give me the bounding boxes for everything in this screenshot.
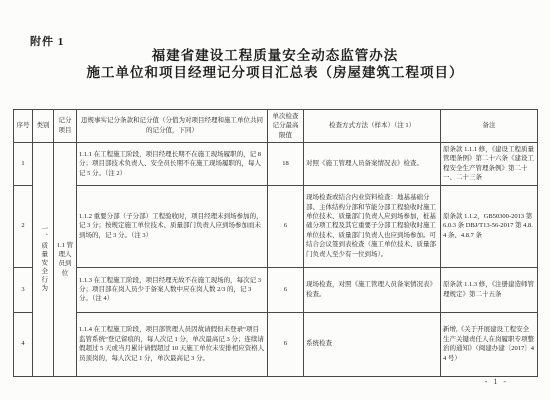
header-category: 类别 — [33, 109, 54, 142]
row3-clause: 1.1.3 在工程施工阶段，项目经理无故不在施工现场的，每次记 3 分；项目部在… — [77, 267, 268, 312]
row1-clause: 1.1.1 在工程施工阶段，项目经理长期不在施工现场履职的，记 8 分；项目部技… — [77, 143, 268, 186]
row3-method: 现场检查，对照《施工管理人员备案情况表》检查。 — [304, 267, 441, 312]
header-method: 检查方式方法（样本）（注 1） — [304, 109, 441, 142]
row2-no: 2 — [14, 185, 33, 267]
header-max-score: 单次检查记分最高限值 — [268, 109, 304, 142]
row1-no: 1 — [14, 143, 33, 186]
category-label: 一、质量安全行为 — [40, 225, 47, 293]
header-item: 记分项目 — [54, 109, 77, 142]
row4-remark: 新增,《关于开展建设工程安全生产关键责任人在岗履职专项整治的通知》（闽建办建〔2… — [441, 312, 538, 376]
header-remark: 备注 — [441, 109, 538, 142]
table-row: 3 1.1.3 在工程施工阶段，项目经理无故不在施工现场的，每次记 3 分；项目… — [14, 267, 538, 312]
row3-no: 3 — [14, 267, 33, 312]
title-line-2: 施工单位和项目经理记分项目汇总表（房屋建筑工程项目） — [0, 65, 550, 82]
row2-max-score: 6 — [268, 185, 304, 267]
table-row: 4 1.1.4 在工程施工阶段，项目部管理人员因故请假但未登录“项目监管系统”登… — [14, 312, 538, 376]
header-clause: 违规事实记分条款和记分值（分值为对项目经理和施工单位共同的记分值，下同） — [77, 109, 268, 142]
row4-no: 4 — [14, 312, 33, 376]
score-item-cell: 1.1 管理人员到位 — [54, 143, 77, 377]
row1-max-score: 18 — [268, 143, 304, 186]
row1-method: 对照《施工管理人员备案情况表》检查。 — [304, 143, 441, 186]
score-summary-table: 序号 类别 记分项目 违规事实记分条款和记分值（分值为对项目经理和施工单位共同的… — [13, 109, 538, 377]
row3-max-score: 6 — [268, 267, 304, 312]
title-line-1: 福建省建设工程质量安全动态监管办法 — [0, 48, 550, 65]
row2-clause: 1.1.2 重要分部（子分部）工程验收时，项目经理未到场参加的，记 3 分；按规… — [77, 185, 268, 267]
header-no: 序号 — [14, 109, 33, 142]
row4-clause: 1.1.4 在工程施工阶段，项目部管理人员因故请假但未登录“项目监管系统”登记留… — [77, 312, 268, 376]
row2-remark: 原条款 1.1.2，GB50300-2013 第 6.0.3 条 DBJ/T13… — [441, 185, 538, 267]
category-cell: 一、质量安全行为 — [33, 143, 54, 377]
document-page: 附件 1 福建省建设工程质量安全动态监管办法 施工单位和项目经理记分项目汇总表（… — [0, 0, 550, 400]
page-number: - 1 - — [485, 377, 508, 386]
row4-method: 系统检查 — [304, 312, 441, 376]
row4-max-score: 6 — [268, 312, 304, 376]
table-row: 1 一、质量安全行为 1.1 管理人员到位 1.1.1 在工程施工阶段，项目经理… — [14, 143, 538, 186]
row2-method: 现场检查或结合内业资料检查：地基基础分部、主体结构分部和节能分部工程验收时施工单… — [304, 185, 441, 267]
table-row: 2 1.1.2 重要分部（子分部）工程验收时，项目经理未到场参加的，记 3 分；… — [14, 185, 538, 267]
row1-remark: 原条款 1.1.1 修，《建设工程质量管理条例》第二十六条《建设工程安全生产管理… — [441, 143, 538, 186]
attachment-label: 附件 1 — [30, 33, 64, 49]
table-header-row: 序号 类别 记分项目 违规事实记分条款和记分值（分值为对项目经理和施工单位共同的… — [14, 109, 538, 142]
document-title: 福建省建设工程质量安全动态监管办法 施工单位和项目经理记分项目汇总表（房屋建筑工… — [0, 48, 550, 82]
row3-remark: 原条款 1.1.3 修，《注册建造师管理规定》第二十五条 — [441, 267, 538, 312]
